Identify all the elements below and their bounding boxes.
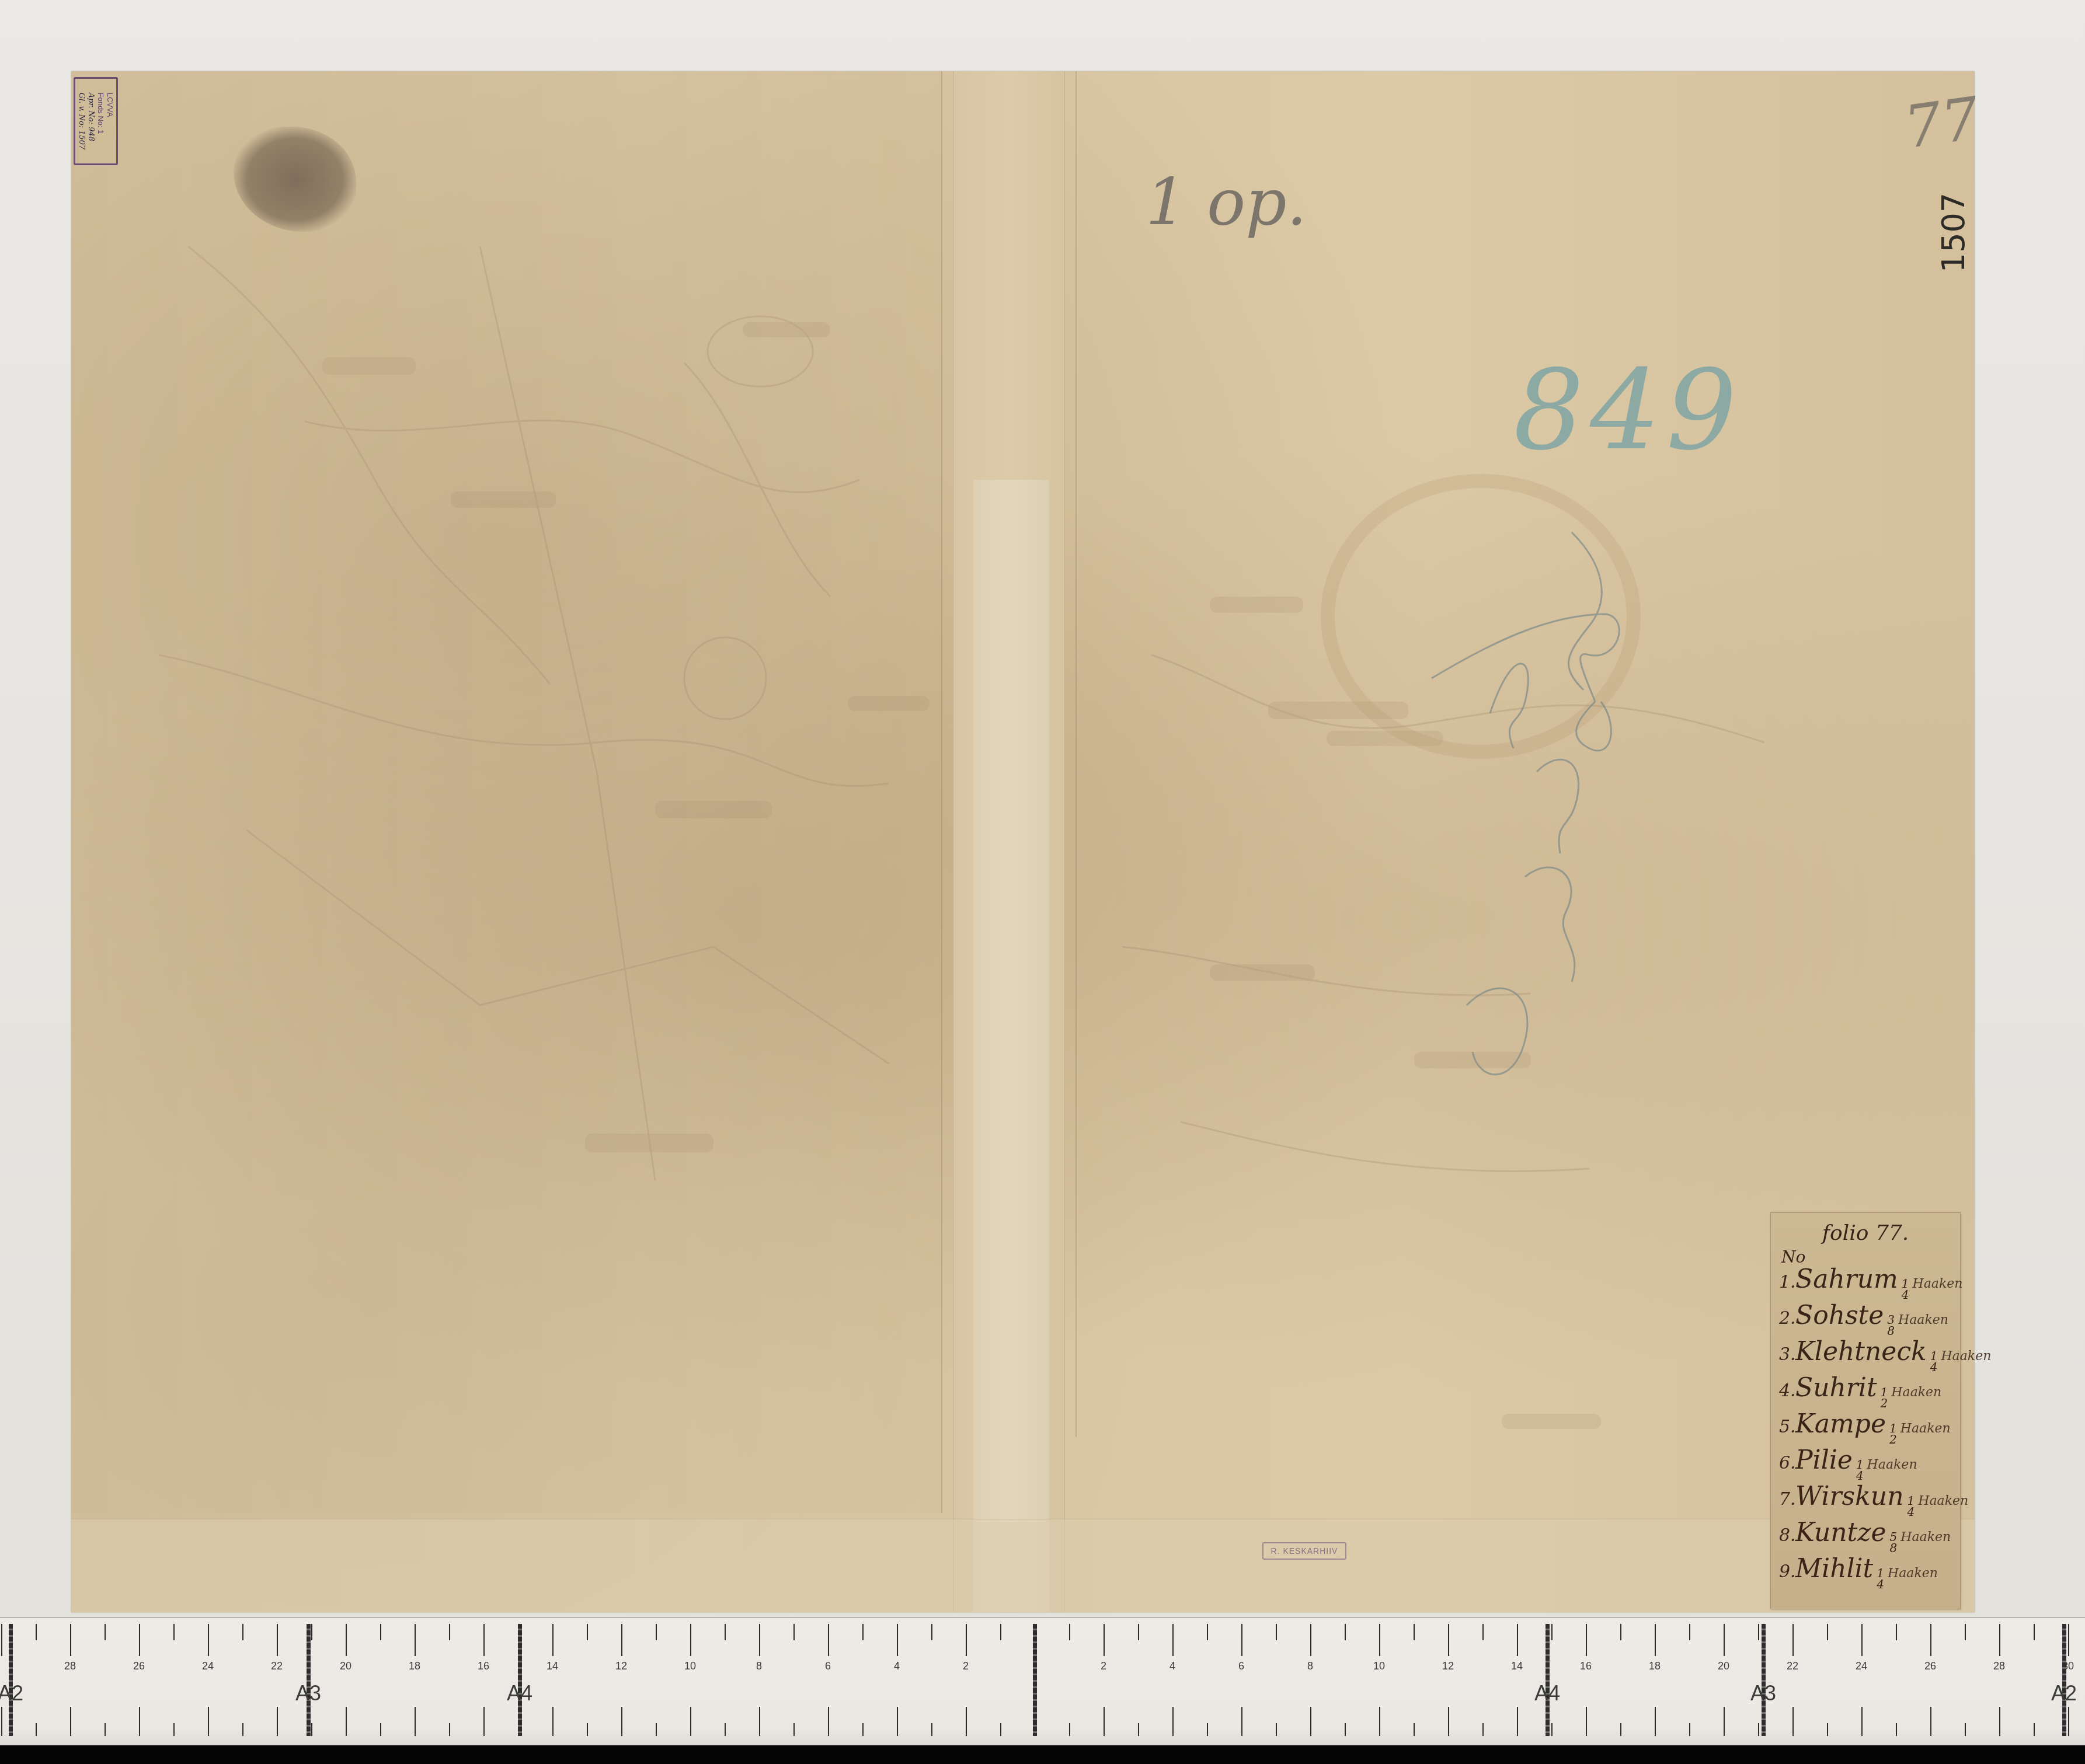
ruler-tick xyxy=(1827,1723,1828,1736)
folio-entry: 1. Sahrum 14 Haaken xyxy=(1779,1267,1952,1303)
folio-entry: 7. Wirskun 14 Haaken xyxy=(1779,1484,1952,1520)
ruler-tick xyxy=(1965,1723,1966,1736)
ruler-tick xyxy=(1551,1723,1553,1736)
ruler-tick xyxy=(346,1707,347,1736)
folio-entry: 5. Kampe 12 Haaken xyxy=(1779,1411,1952,1448)
ruler-tick xyxy=(208,1624,209,1656)
ruler-tick xyxy=(931,1624,932,1640)
ruler-tick xyxy=(1104,1624,1105,1656)
ruler-center-mark xyxy=(1033,1624,1037,1736)
ruler-tick xyxy=(1586,1624,1587,1656)
ruler-tick xyxy=(725,1624,726,1640)
ruler-format-mark xyxy=(1546,1624,1550,1736)
ruler-tick xyxy=(793,1723,795,1736)
fraction: 14 xyxy=(1930,1351,1938,1373)
center-repair-strip xyxy=(973,480,1049,1612)
ruler-tick xyxy=(690,1707,691,1736)
stamp-line-glv: Gl. v. No: 1507 xyxy=(77,93,86,150)
ruler-tick xyxy=(105,1624,106,1640)
ruler-tick xyxy=(1310,1707,1311,1736)
fraction: 14 xyxy=(1877,1568,1884,1590)
ruler-tick-label: 14 xyxy=(547,1660,558,1672)
ruler-tick xyxy=(656,1723,657,1736)
ruler-tick xyxy=(1482,1624,1484,1640)
fraction: 12 xyxy=(1889,1423,1897,1445)
ruler-tick xyxy=(1069,1723,1070,1736)
ruler-tick xyxy=(759,1624,760,1656)
ruler-tick xyxy=(1551,1624,1553,1640)
fraction: 14 xyxy=(1856,1459,1864,1481)
ruler-tick xyxy=(380,1723,381,1736)
ruler-tick xyxy=(1379,1707,1380,1736)
ruler-tick xyxy=(1861,1707,1863,1736)
ruler-tick-label: 22 xyxy=(1787,1660,1798,1672)
ruler-tick-label: 28 xyxy=(1993,1660,2005,1672)
ruler-tick xyxy=(2068,1624,2069,1656)
ruler-tick xyxy=(449,1624,450,1640)
ruler-tick xyxy=(1310,1624,1311,1656)
ruler-tick xyxy=(346,1624,347,1656)
ruler-tick xyxy=(1448,1707,1449,1736)
bottom-paper-band xyxy=(71,1519,1975,1613)
ruler-tick xyxy=(36,1624,37,1640)
ruler-tick xyxy=(1861,1624,1863,1656)
ruler-tick xyxy=(1345,1723,1346,1736)
ruler-tick xyxy=(36,1723,37,1736)
ruler-tick xyxy=(862,1723,864,1736)
ruler-tick xyxy=(793,1624,795,1640)
ruler-tick xyxy=(2034,1723,2035,1736)
ruler-tick xyxy=(242,1723,243,1736)
ruler-tick-label: 12 xyxy=(1442,1660,1454,1672)
ruler-tick xyxy=(1345,1624,1346,1640)
ruler-format-label: A3 xyxy=(295,1681,321,1706)
ruler-tick xyxy=(621,1624,622,1656)
ruler-format-mark xyxy=(9,1624,13,1736)
ruler-format-mark xyxy=(518,1624,522,1736)
ruler-tick xyxy=(1379,1624,1380,1656)
ruler-format-label: A2 xyxy=(0,1681,23,1706)
fraction: 38 xyxy=(1887,1315,1895,1337)
folio-entry: 4. Suhrit 12 Haaken xyxy=(1779,1375,1952,1411)
ruler-tick xyxy=(1930,1624,1931,1656)
fraction: 14 xyxy=(1907,1495,1915,1518)
keskarhiiv-stamp: R. KESKARHIIV xyxy=(1262,1542,1346,1560)
ruler-tick xyxy=(139,1707,140,1736)
ruler-tick-label: 24 xyxy=(1856,1660,1867,1672)
ruler-tick xyxy=(105,1723,106,1736)
ruler-tick xyxy=(656,1624,657,1640)
ruler-tick xyxy=(1965,1624,1966,1640)
ruler-tick xyxy=(1896,1723,1897,1736)
ruler-tick xyxy=(690,1624,691,1656)
ruler-tick xyxy=(277,1624,278,1656)
ruler-tick-label: 20 xyxy=(340,1660,351,1672)
ruler-tick xyxy=(1,1624,2,1656)
ruler-tick xyxy=(208,1707,209,1736)
ruler-tick-label: 28 xyxy=(64,1660,76,1672)
ruler-tick xyxy=(1999,1624,2000,1656)
ruler-tick xyxy=(1241,1707,1242,1736)
ruler-tick xyxy=(1,1707,2,1736)
ruler-tick xyxy=(139,1624,140,1656)
ruler-tick xyxy=(70,1707,71,1736)
pencil-mark-77: 77 xyxy=(1900,84,1983,162)
ruler-tick xyxy=(1620,1624,1621,1640)
ruler-tick xyxy=(587,1723,588,1736)
ruler-tick-label: 26 xyxy=(1924,1660,1936,1672)
ruler-tick xyxy=(1448,1624,1449,1656)
ruler-tick xyxy=(1724,1707,1725,1736)
ruler-format-mark xyxy=(1762,1624,1766,1736)
ruler-tick-label: 18 xyxy=(1649,1660,1661,1672)
ruler-tick xyxy=(449,1723,450,1736)
ruler-tick-label: 4 xyxy=(1169,1660,1175,1672)
ruler-tick-label: 16 xyxy=(478,1660,489,1672)
ruler-tick xyxy=(1999,1707,2000,1736)
ruler-tick-label: 4 xyxy=(894,1660,900,1672)
ruler-tick xyxy=(1586,1707,1587,1736)
folio-entry: 6. Pilie 14 Haaken xyxy=(1779,1448,1952,1484)
ruler-format-mark xyxy=(307,1624,311,1736)
ruler-tick-label: 20 xyxy=(1718,1660,1729,1672)
ruler-tick xyxy=(621,1707,622,1736)
ruler-tick-label: 8 xyxy=(756,1660,762,1672)
folio-label: folio 77. No 1. Sahrum 14 Haaken 2. Sohs… xyxy=(1770,1212,1961,1609)
stamp-line-apr: Apr. No: 948 xyxy=(86,93,96,150)
ruler-tick xyxy=(1276,1723,1277,1736)
ruler-tick xyxy=(1896,1624,1897,1640)
ruler-tick xyxy=(552,1624,554,1656)
ruler-tick xyxy=(1482,1723,1484,1736)
pencil-scribble xyxy=(1408,527,1654,1110)
ruler-tick-label: 2 xyxy=(963,1660,969,1672)
folio-entry: 2. Sohste 38 Haaken xyxy=(1779,1303,1952,1339)
ruler-tick-label: 22 xyxy=(271,1660,283,1672)
ruler-tick xyxy=(552,1707,554,1736)
pencil-mark-1507: 1507 xyxy=(1935,193,1972,273)
ruler-tick xyxy=(1000,1723,1001,1736)
ruler-tick xyxy=(1172,1624,1174,1656)
folio-title: folio 77. xyxy=(1779,1221,1952,1245)
ruler-tick-label: 18 xyxy=(409,1660,420,1672)
ruler-tick xyxy=(1207,1624,1208,1640)
ruler-tick xyxy=(1689,1624,1690,1640)
ruler-tick-label: 10 xyxy=(1373,1660,1385,1672)
ruler-tick-label: 14 xyxy=(1511,1660,1523,1672)
ruler-tick xyxy=(483,1707,485,1736)
ruler-tick-label: 8 xyxy=(1307,1660,1313,1672)
ruler-tick xyxy=(1138,1624,1139,1640)
ruler-tick-label: 26 xyxy=(133,1660,145,1672)
ruler-tick xyxy=(1414,1624,1415,1640)
ruler-tick xyxy=(1241,1624,1242,1656)
ruler-tick-label: 2 xyxy=(1101,1660,1106,1672)
ruler-tick xyxy=(1758,1624,1759,1640)
archive-stamp: LCVVA Fonds No: 1 Apr. No: 948 Gl. v. No… xyxy=(74,77,118,165)
fraction: 58 xyxy=(1889,1532,1897,1554)
ruler-tick xyxy=(1414,1723,1415,1736)
ruler-tick xyxy=(70,1624,71,1656)
ruler-tick xyxy=(1517,1624,1518,1656)
ruler-tick xyxy=(966,1707,967,1736)
blue-crayon-849: 849 xyxy=(1513,346,1743,475)
ruler-tick xyxy=(897,1624,898,1656)
ruler-tick xyxy=(1827,1624,1828,1640)
ruler-tick xyxy=(759,1707,760,1736)
ruler-tick xyxy=(862,1624,864,1640)
ruler-tick xyxy=(415,1624,416,1656)
ruler-tick-label: 6 xyxy=(1238,1660,1244,1672)
ruler-tick xyxy=(1069,1624,1070,1640)
ruler-tick xyxy=(173,1723,175,1736)
ruler-tick-label: 12 xyxy=(615,1660,627,1672)
ruler-tick xyxy=(1104,1707,1105,1736)
ruler-tick xyxy=(1758,1723,1759,1736)
ruler-tick xyxy=(1517,1707,1518,1736)
ruler-tick xyxy=(1930,1707,1931,1736)
ruler-tick xyxy=(311,1723,312,1736)
ruler-tick xyxy=(1689,1723,1690,1736)
ruler-tick xyxy=(1138,1723,1139,1736)
folio-entry: 3. Klehtneck 14 Haaken xyxy=(1779,1339,1952,1375)
ruler-tick xyxy=(380,1624,381,1640)
ruler-tick xyxy=(483,1624,485,1656)
folio-entry: 8. Kuntze 58 Haaken xyxy=(1779,1520,1952,1556)
fraction: 12 xyxy=(1881,1387,1888,1409)
stamp-line-fonds: Fonds No: 1 xyxy=(96,93,105,150)
folio-entry: 9. Mihlit 14 Haaken xyxy=(1779,1556,1952,1592)
ruler-format-label: A4 xyxy=(507,1681,532,1706)
ruler-tick xyxy=(931,1723,932,1736)
ruler-tick xyxy=(587,1624,588,1640)
ruler-tick xyxy=(1620,1723,1621,1736)
ruler-tick xyxy=(897,1707,898,1736)
ruler-tick-label: 24 xyxy=(202,1660,214,1672)
ruler-tick xyxy=(1792,1624,1794,1656)
pencil-mark-op: 1 op. xyxy=(1146,165,1307,239)
ruler-tick xyxy=(828,1707,829,1736)
left-map-panel xyxy=(71,71,942,1513)
ruler-tick-label: 16 xyxy=(1580,1660,1592,1672)
ruler-tick xyxy=(1655,1707,1656,1736)
ruler-tick xyxy=(2034,1624,2035,1640)
measurement-ruler: 2826242220181614121086422468101214161820… xyxy=(0,1617,2085,1746)
ruler-tick xyxy=(828,1624,829,1656)
ruler-tick xyxy=(173,1624,175,1640)
stamp-line-archive: LCVVA xyxy=(105,93,114,150)
ruler-tick xyxy=(725,1723,726,1736)
ruler-tick xyxy=(1724,1624,1725,1656)
ruler-tick xyxy=(242,1624,243,1640)
fraction: 14 xyxy=(1902,1278,1909,1301)
ruler-tick xyxy=(311,1624,312,1640)
ruler-tick-label: 6 xyxy=(825,1660,831,1672)
ruler-tick-label: 10 xyxy=(684,1660,696,1672)
ruler-format-label: A2 xyxy=(2051,1681,2077,1706)
ruler-tick xyxy=(1276,1624,1277,1640)
ruler-format-label: A3 xyxy=(1750,1681,1776,1706)
ruler-tick xyxy=(2068,1707,2069,1736)
map-sheet-reverse: LCVVA Fonds No: 1 Apr. No: 948 Gl. v. No… xyxy=(71,71,1975,1612)
ruler-tick xyxy=(1207,1723,1208,1736)
ruler-tick xyxy=(1655,1624,1656,1656)
ruler-tick xyxy=(1792,1707,1794,1736)
ruler-tick xyxy=(277,1707,278,1736)
ruler-format-mark xyxy=(2062,1624,2066,1736)
ruler-tick xyxy=(1172,1707,1174,1736)
ruler-tick xyxy=(1000,1624,1001,1640)
scanner-bed-edge xyxy=(0,1745,2085,1764)
ruler-tick xyxy=(415,1707,416,1736)
ruler-tick xyxy=(966,1624,967,1656)
ruler-format-label: A4 xyxy=(1534,1681,1560,1706)
